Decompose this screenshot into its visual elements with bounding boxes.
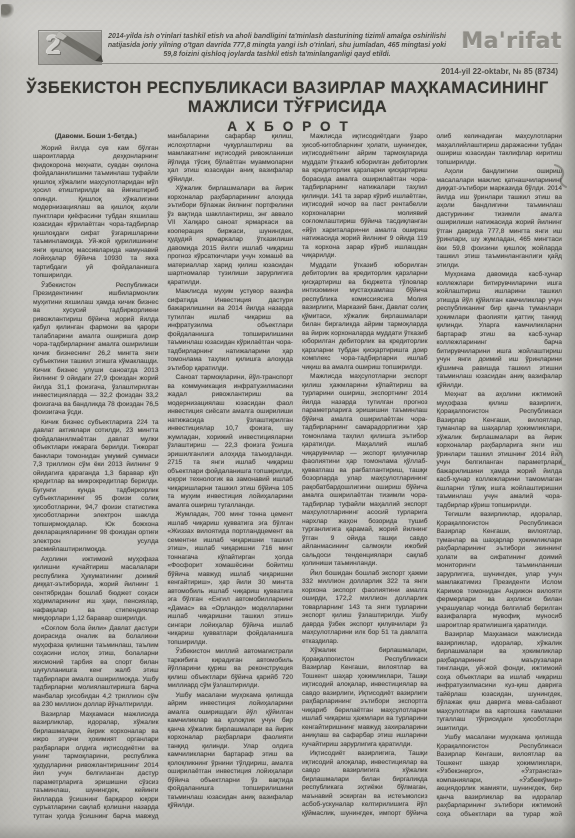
article-paragraph: Кичик бизнес субъектларига 224 та давлат… [33, 419, 159, 555]
article-paragraph: Жумладан, 700 минг тонна цемент ишлаб чи… [168, 511, 294, 647]
article-paragraph: Муддати ўтказиб юборилган дебиторлик ва … [302, 262, 428, 373]
headline-line-2: МАЖЛИСИ ТЎҒРИСИДА [20, 98, 555, 117]
article-paragraph: Мажлисда муҳим устувор вазифа сифатида И… [168, 288, 294, 373]
article-paragraph: Хўжалик бирлашмалари ва йирик корхоналар… [168, 185, 294, 287]
article-paragraph: Меҳнат ва аҳолини ижтимоий муҳофаза қили… [437, 391, 563, 510]
page-number-badge: 2 [38, 30, 102, 65]
article-paragraph: Жорий йилда сув кам бўлган шароитларда д… [33, 145, 159, 281]
article-paragraph: Хўжалик бирлашмалари, Қорақалпоғистон Ре… [302, 647, 428, 749]
article-paragraph: Муҳокама давомида касб-ҳунар коллежлари … [437, 271, 563, 390]
header-rule [100, 63, 558, 64]
scan-smudge-icon [1, 4, 14, 18]
page-edge-shadow [561, 0, 575, 838]
article-paragraph: Вазирлар Маҳкамаси мажлисида вазирликлар… [437, 631, 563, 733]
lede-text: 2014-yilda ish o'rinlari tashkil etish v… [104, 32, 450, 59]
article-headline: ЎЗБЕКИСТОН РЕСПУБЛИКАСИ ВАЗИРЛАР МАҲКАМА… [20, 79, 555, 134]
page-bottom-shadow [0, 824, 575, 838]
article-paragraph: Саноат тармоқларини, йўл-транспорт ва ко… [168, 374, 294, 510]
article-paragraph: Ушбу масалани муҳокама қилишда айрим инв… [168, 692, 294, 811]
article-paragraph: Мажлисда иқтисодиётдаги ўзаро ҳисоб-кито… [302, 133, 428, 261]
article-body: (Давоми. Боши 1-бетда.) Жорий йилда сув … [33, 133, 562, 823]
headline-line-1: ЎЗБЕКИСТОН РЕСПУБЛИКАСИ ВАЗИРЛАР МАҲКАМА… [20, 79, 555, 98]
article-paragraph: Ўзбекистон Республикаси Президентининг и… [33, 282, 159, 418]
article-paragraph: Тегишли вазирликлар, идоралар, Қорақалпо… [437, 511, 563, 630]
article-paragraph: «Соғлом бола йили» Давлат дастури доирас… [33, 625, 159, 710]
article-paragraph: Мажлисда маҳсулотларни экспорт қилиш ҳаж… [302, 373, 428, 569]
article-paragraph: Йил бошидан бошлаб экспорт ҳажми 332 мил… [302, 570, 428, 647]
masthead-logo: Ma'rifat [450, 29, 562, 54]
pencil-icon [53, 31, 103, 65]
article-paragraph: Аҳоли бандлигини ошириш масалалари мажли… [437, 168, 563, 270]
article-paragraph: Ўзбекистон миллий автомагистрали таркиби… [168, 648, 294, 691]
article-paragraph: Аҳолини ижтимоий муҳофаза қилишни кучайт… [33, 556, 159, 624]
continuation-note: (Давоми. Боши 1-бетда.) [33, 133, 159, 142]
newspaper-page: 2 2014-yilda ish o'rinlari tashkil etish… [0, 0, 575, 838]
date-line: 2014-yil 22-oktabr, № 85 (8734) [300, 67, 558, 76]
headline-kicker: АХБОРОТ [20, 119, 555, 134]
